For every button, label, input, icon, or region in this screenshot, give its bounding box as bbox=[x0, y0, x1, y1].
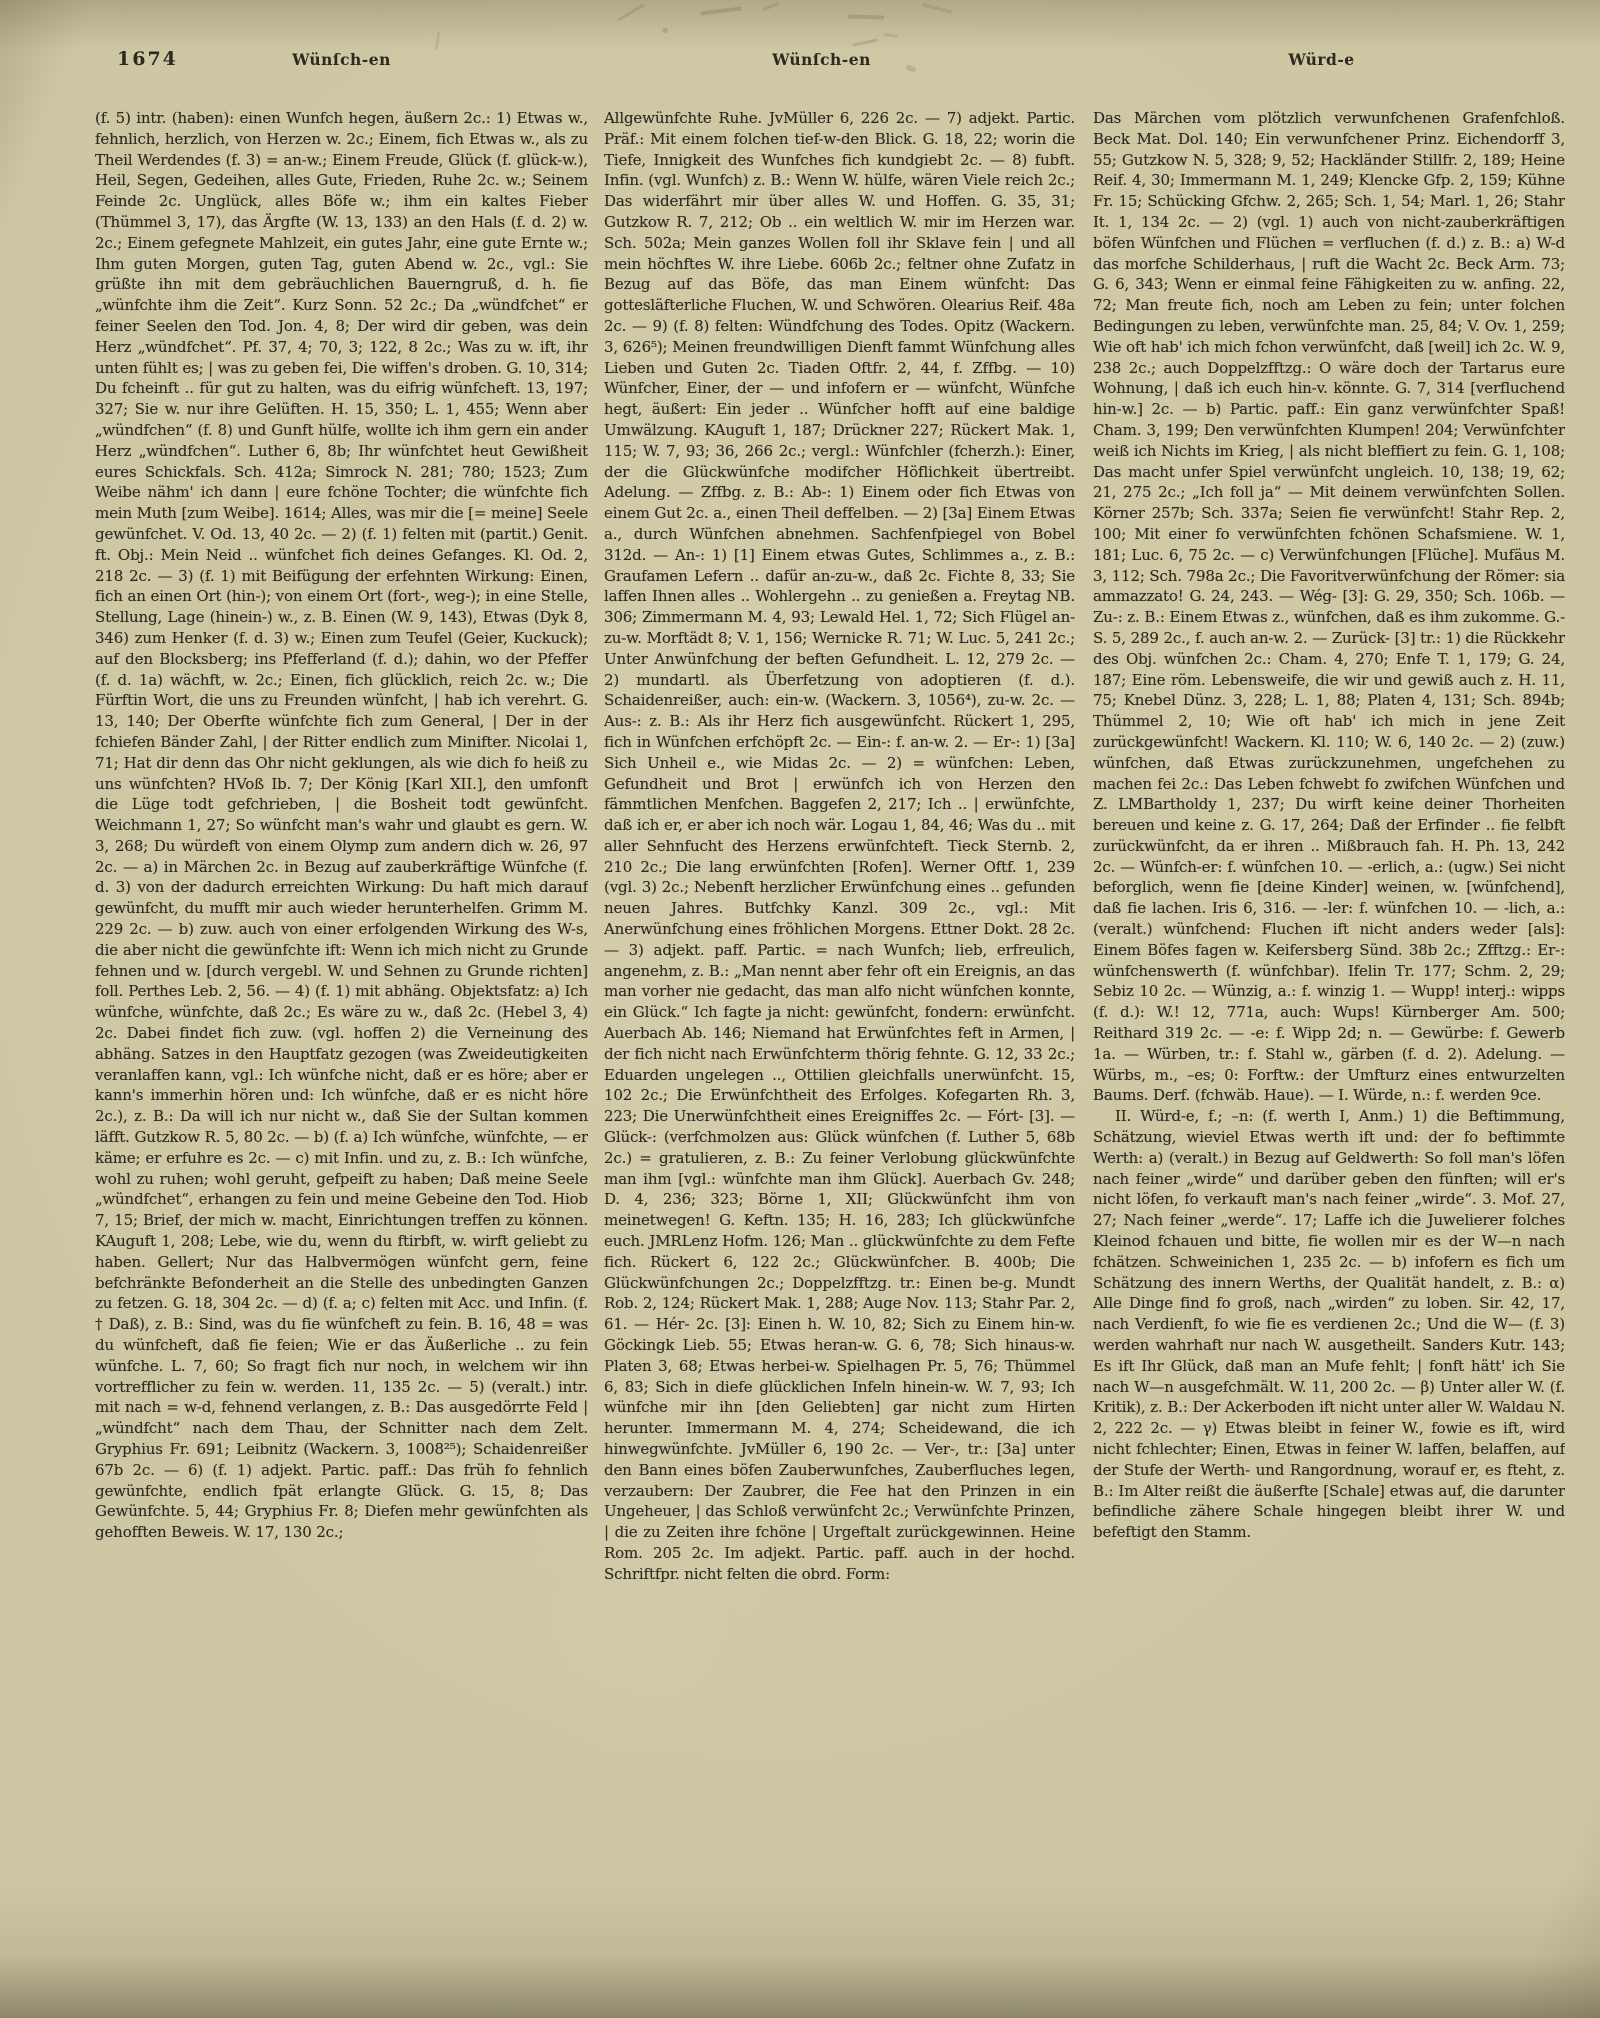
column-3-paragraph-2: II. Würd-e, f.; –n: (f. werth I, Anm.) 1… bbox=[1093, 1106, 1565, 1543]
column-3-paragraph-1: Das Märchen vom plötzlich verwunfchenen … bbox=[1093, 108, 1565, 1106]
scan-mark bbox=[922, 3, 952, 13]
column-2: Allgewünfchte Ruhe. JvMüller 6, 226 2c. … bbox=[604, 108, 1075, 1880]
running-head-column-2: Wünſch-en bbox=[575, 50, 1068, 69]
running-head-column-3: Würd-e bbox=[1075, 50, 1568, 69]
text-columns: (f. 5) intr. (haben): einen Wunfch hegen… bbox=[95, 108, 1565, 1880]
dictionary-page-scan: 1674 Wünſch-en Wünſch-en Würd-e (f. 5) i… bbox=[0, 0, 1600, 2018]
column-3: Das Märchen vom plötzlich verwunfchenen … bbox=[1093, 108, 1565, 1880]
column-1: (f. 5) intr. (haben): einen Wunfch hegen… bbox=[95, 108, 588, 1880]
scan-mark bbox=[762, 2, 780, 12]
scan-mark bbox=[700, 6, 742, 15]
scan-mark bbox=[617, 4, 644, 22]
running-head-column-1: Wünſch-en bbox=[95, 50, 588, 69]
column-2-paragraph: Allgewünfchte Ruhe. JvMüller 6, 226 2c. … bbox=[604, 108, 1075, 1585]
running-header: 1674 Wünſch-en Wünſch-en Würd-e bbox=[0, 46, 1600, 76]
column-1-paragraph: (f. 5) intr. (haben): einen Wunfch hegen… bbox=[95, 108, 588, 1543]
scan-mark bbox=[848, 14, 884, 19]
scan-mark bbox=[884, 33, 898, 37]
scan-mark bbox=[662, 28, 668, 33]
